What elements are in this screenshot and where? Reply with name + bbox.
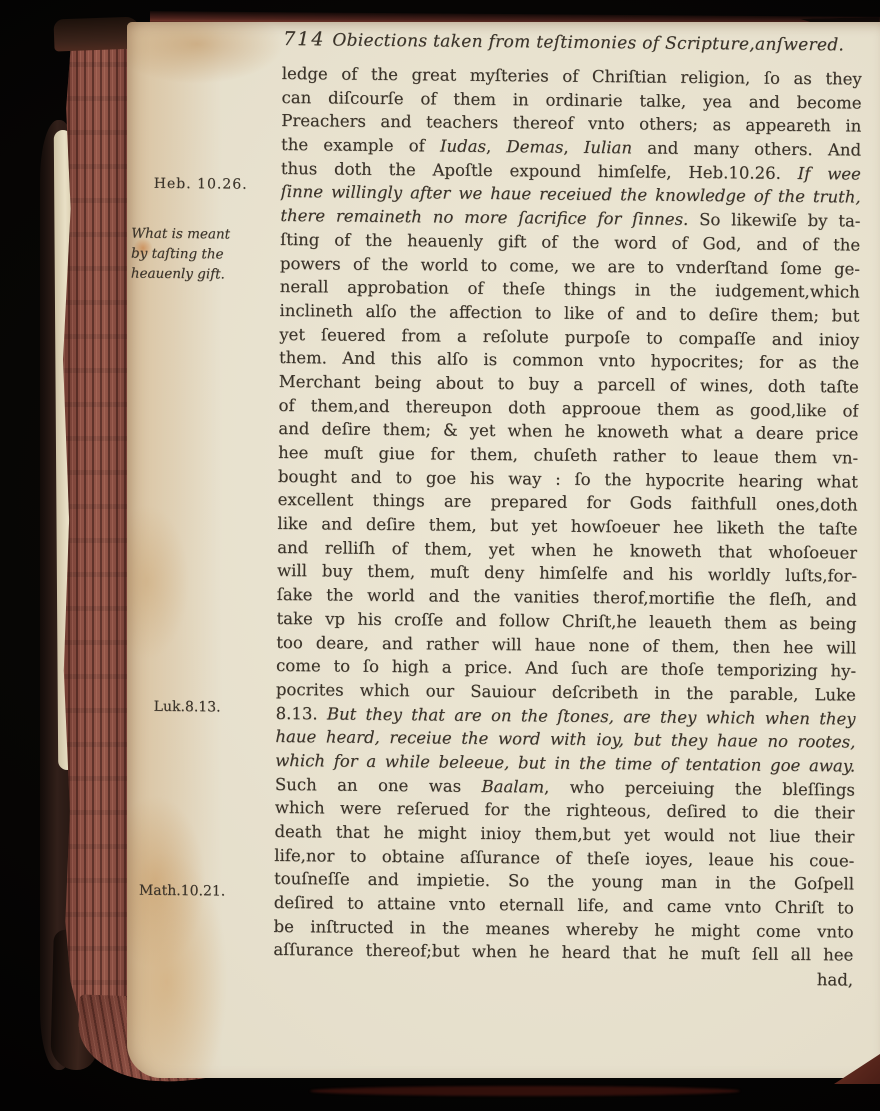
text-segment: of them,and thereupon doth approoue them… [279, 396, 859, 421]
margin-note-text: heauenly gift. [131, 264, 230, 285]
text-segment: inclineth alſo the affection to like of … [279, 301, 859, 326]
text-segment: ſinne willingly after we haue receiued t… [281, 182, 861, 207]
text-segment: like and deſire them, but yet howſoeuer … [277, 514, 857, 539]
text-segment: will buy them, muſt deny himſelfe and hi… [277, 561, 857, 586]
text-segment: which were reſerued for the righteous, d… [275, 798, 855, 823]
text-segment: , who perceiuing the bleſſings [544, 777, 855, 799]
text-segment: there remaineth no more ſacrifice for ſi… [280, 206, 688, 229]
catchword: had, [273, 963, 853, 992]
margin-note-heb-10-26: Heb. 10.26. [154, 174, 248, 195]
body-text: ledge of the great myſteries of Chriſtia… [273, 62, 862, 968]
book-photo: 714Obiections taken from teſtimonies of … [0, 0, 880, 1111]
text-segment: and relliſh of them, yet when he knoweth… [277, 538, 857, 563]
margin-note-text: by taſting the [131, 244, 230, 265]
text-segment: Iulian [584, 138, 632, 157]
text-segment: death that he might inioy them,but yet w… [274, 822, 854, 847]
running-title: Obiections taken from teſtimonies of Scr… [332, 30, 844, 55]
text-segment: too deare, and rather will haue none of … [276, 632, 856, 657]
bottom-edge-reflection [310, 1086, 740, 1096]
margin-note-text: Math.10.21. [139, 883, 225, 900]
margin-note-text: Heb. 10.26. [154, 176, 248, 193]
text-segment: Preachers and teachers thereof vnto othe… [281, 111, 861, 136]
book-page: 714Obiections taken from teſtimonies of … [127, 22, 880, 1078]
text-segment: hee muſt giue for them, chuſeth rather t… [278, 443, 858, 468]
page-number: 714 [283, 28, 325, 50]
text-segment: So likewiſe by ta- [688, 210, 860, 231]
text-segment: Baalam [481, 777, 544, 797]
text-segment: Such an one was [275, 775, 482, 796]
text-segment: bought and to goe his way : ſo the hypoc… [278, 467, 858, 492]
text-segment: deſired to attaine vnto eternall life, a… [274, 893, 854, 918]
text-segment: come to ſo high a price. And ſuch are th… [276, 656, 856, 681]
text-segment: But they that are on the ſtones, are the… [327, 704, 856, 728]
text-segment: powers of the world to come, we are to v… [280, 253, 860, 278]
margin-note-text: What is meant [131, 224, 230, 245]
text-segment: and deſire them; & yet when he knoweth w… [278, 419, 858, 444]
margin-note-tasting-gloss: What is meant by taſting the heauenly gi… [131, 224, 230, 285]
text-segment: Iudas [440, 137, 486, 156]
text-segment: aſſurance thereof;but when he heard that… [273, 940, 853, 965]
text-segment: ſting of the heauenly gift of the word o… [280, 230, 860, 255]
margin-note-math-10-21: Math.10.21. [139, 881, 226, 902]
text-segment: touſneſſe and impietie. So the young man… [274, 869, 854, 894]
text-segment: the example of [281, 135, 440, 156]
text-segment: can diſcourſe of them in ordinarie talke… [281, 88, 861, 113]
running-header: 714Obiections taken from teſtimonies of … [283, 28, 865, 56]
page-content: 714Obiections taken from teſtimonies of … [117, 20, 880, 1083]
text-segment: which for a while beleeue, but in the ti… [275, 751, 855, 776]
text-segment: haue heard, receiue the word with ioy, b… [275, 727, 855, 752]
text-segment: nerall approbation of theſe things in th… [280, 277, 860, 302]
margin-note-text: Luk.8.13. [154, 699, 221, 716]
text-segment: take vp his croſſe and follow Chriſt,he … [276, 609, 856, 634]
margin-note-luk-8-13: Luk.8.13. [154, 697, 221, 718]
text-segment: If wee [798, 164, 861, 184]
text-segment: yet ſeuered from a reſolute purpoſe to c… [279, 325, 859, 350]
text-segment: thus doth the Apoſtle expound himſelfe, … [281, 159, 798, 183]
text-segment: ledge of the great myſteries of Chriſtia… [282, 64, 862, 89]
text-segment: and many others. And [632, 138, 861, 159]
text-segment: ſake the world and the vanities therof,m… [277, 585, 857, 610]
text-segment: be inſtructed in the meanes whereby he m… [274, 917, 854, 942]
text-segment: excellent things are prepared for Gods f… [278, 490, 858, 515]
text-segment: Demas [506, 137, 563, 157]
text-segment: Merchant being about to buy a parcell of… [279, 372, 859, 397]
text-segment: them. And this alſo is common vnto hypoc… [279, 348, 859, 373]
text-segment: , [486, 137, 507, 156]
text-segment: pocrites which our Sauiour deſcribeth in… [276, 680, 856, 705]
text-segment: , [563, 138, 584, 157]
text-segment: life,nor to obtaine aſſurance of theſe i… [274, 846, 854, 871]
text-segment: 8.13. [276, 703, 327, 722]
